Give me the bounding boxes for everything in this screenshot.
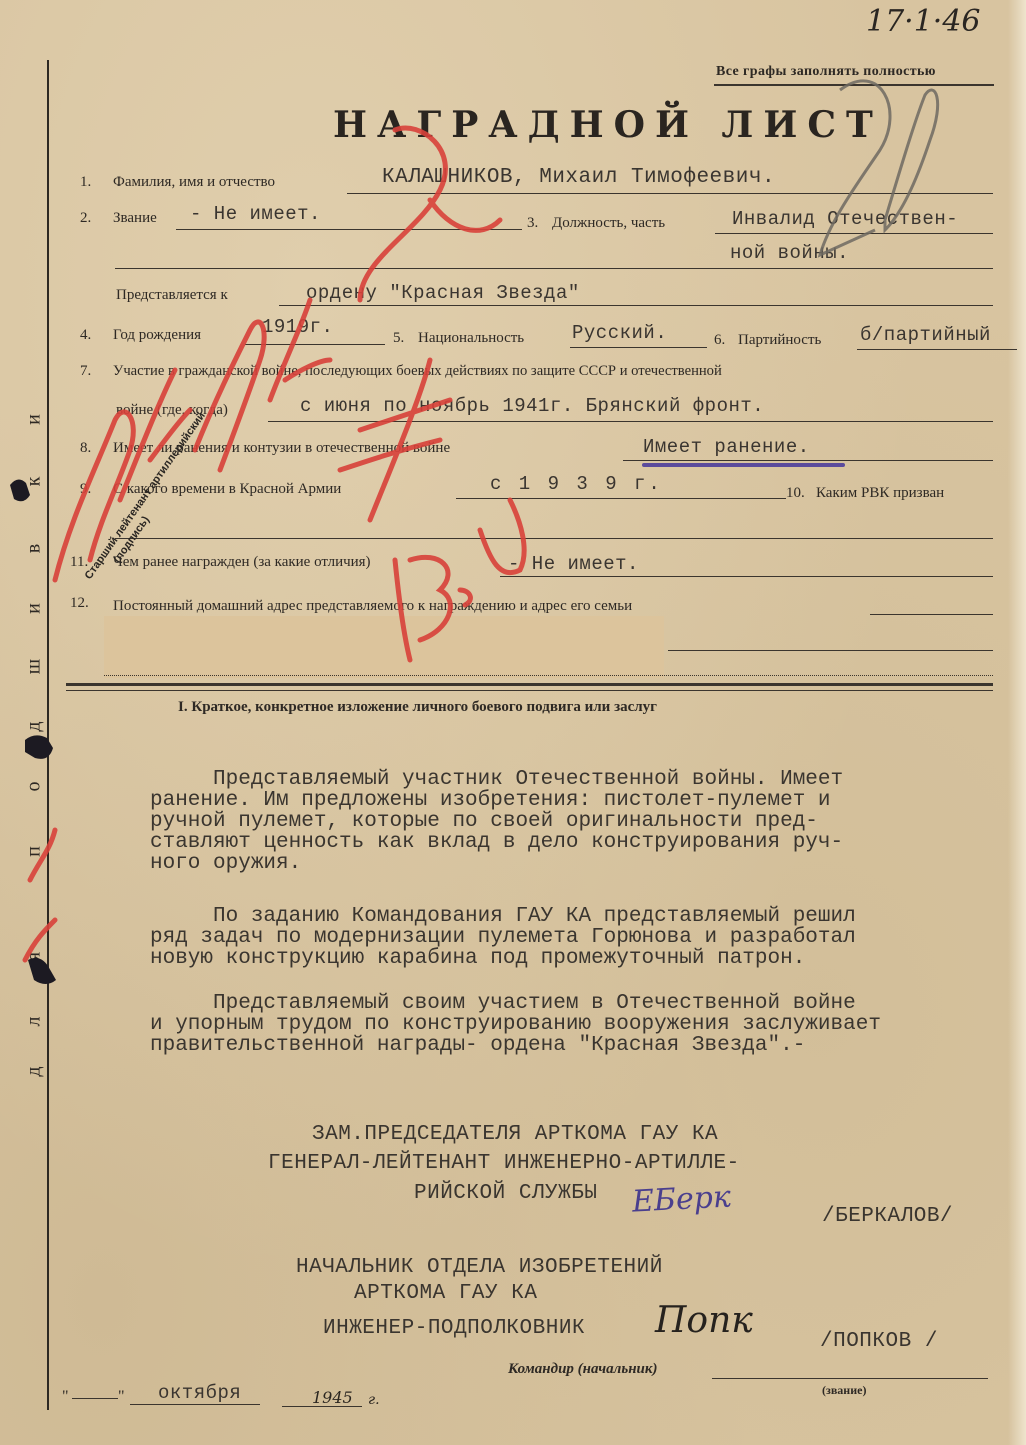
field-line bbox=[115, 268, 993, 269]
field-value-previous-awards: - Не имеет. bbox=[508, 553, 639, 575]
field-line bbox=[456, 498, 786, 499]
signatory-1-name: /БЕРКАЛОВ/ bbox=[822, 1205, 953, 1228]
field-number: 4. bbox=[80, 327, 91, 344]
field-line bbox=[279, 305, 993, 306]
field-value-nationality: Русский. bbox=[572, 322, 667, 344]
field-number: 12. bbox=[70, 595, 89, 612]
signatory-1-title-line2: ГЕНЕРАЛ-ЛЕЙТЕНАНТ ИНЖЕНЕРНО-АРТИЛЛЕ- bbox=[268, 1152, 740, 1175]
section-divider bbox=[66, 683, 993, 686]
field-number: 10. bbox=[786, 485, 805, 502]
field-label-nationality: Национальность bbox=[418, 330, 524, 347]
field-label-party: Партийность bbox=[738, 332, 821, 349]
field-line bbox=[668, 650, 993, 651]
violet-underline-mark bbox=[642, 463, 845, 467]
field-label-full-name: Фамилия, имя и отчество bbox=[113, 174, 275, 191]
field-label-war-participation-2: войне (где, когда) bbox=[116, 402, 228, 419]
signatory-1-title-line3: РИЙСКОЙ СЛУЖБЫ bbox=[414, 1182, 597, 1205]
field-line bbox=[570, 347, 707, 348]
signatory-1-title-line1: ЗАМ.ПРЕДСЕДАТЕЛЯ АРТКОМА ГАУ КА bbox=[312, 1123, 718, 1146]
field-value-army-since: с 1 9 3 9 г. bbox=[490, 473, 663, 495]
section-heading: I. Краткое, конкретное изложение личного… bbox=[178, 699, 657, 716]
field-line bbox=[870, 614, 993, 615]
signature-berkalov: ЕБерк bbox=[631, 1179, 732, 1219]
field-line bbox=[176, 229, 522, 230]
redacted-address-block bbox=[104, 616, 664, 678]
field-value-war-participation: с июня по ноябрь 1941г. Брянский фронт. bbox=[300, 395, 764, 417]
field-label-army-since: С какого времени в Красной Армии bbox=[113, 481, 341, 498]
signatory-2-title-line2: АРТКОМА ГАУ КА bbox=[354, 1282, 537, 1305]
signatory-2-name: /ПОПКОВ / bbox=[820, 1330, 938, 1353]
field-number: 11. bbox=[70, 554, 88, 571]
field-label-conscription-office: Каким РВК призван bbox=[816, 485, 944, 502]
field-line bbox=[245, 344, 385, 345]
field-line bbox=[115, 538, 993, 539]
paper-edge bbox=[1008, 0, 1026, 1445]
instruction-text: Все графы заполнять полностью bbox=[716, 64, 936, 80]
merit-paragraph-3: Представляемый своим участием в Отечеств… bbox=[150, 993, 881, 1056]
field-line bbox=[623, 460, 993, 461]
field-label-birth-year: Год рождения bbox=[113, 327, 201, 344]
punch-holes bbox=[0, 0, 80, 1445]
field-number: 6. bbox=[714, 332, 725, 349]
merit-paragraph-1: Представляемый участник Отечественной во… bbox=[150, 769, 843, 874]
field-value-rank: - Не имеет. bbox=[190, 203, 321, 225]
merit-paragraph-2: По заданию Командования ГАУ КА представл… bbox=[150, 906, 856, 969]
field-label-previous-awards: Чем ранее награжден (за какие отличия) bbox=[113, 554, 371, 571]
field-label-presented: Представляется к bbox=[116, 287, 228, 304]
field-value-wounds: Имеет ранение. bbox=[643, 436, 810, 458]
field-number: 1. bbox=[80, 174, 91, 191]
date-year: 1945 bbox=[312, 1388, 353, 1407]
field-value-party: б/партийный bbox=[860, 324, 991, 346]
date-quote-close: " bbox=[118, 1388, 125, 1406]
field-label-wounds: Имеет ли ранения и контузии в отечествен… bbox=[113, 440, 450, 457]
commander-label: Командир (начальник) bbox=[508, 1361, 658, 1378]
field-value-birth-year: 1919г. bbox=[262, 316, 333, 338]
field-line bbox=[104, 675, 993, 676]
field-value-position-line1: Инвалид Отечествен- bbox=[732, 208, 958, 230]
field-label-home-address: Постоянный домашний адрес представляемог… bbox=[113, 598, 632, 615]
field-number: 5. bbox=[393, 330, 404, 347]
field-number: 3. bbox=[527, 215, 538, 232]
field-line bbox=[715, 233, 993, 234]
commander-line bbox=[712, 1378, 988, 1379]
field-line bbox=[500, 576, 993, 577]
field-label-war-participation: Участие в гражданской войне, последующих… bbox=[113, 363, 722, 380]
field-label-rank: Звание bbox=[113, 210, 157, 227]
signature-popkov: Попк bbox=[655, 1300, 753, 1341]
field-line bbox=[347, 193, 993, 194]
date-month: октября bbox=[158, 1382, 241, 1404]
section-divider bbox=[66, 690, 993, 691]
signatory-2-title-line3: ИНЖЕНЕР-ПОДПОЛКОВНИК bbox=[323, 1317, 585, 1340]
field-label-position: Должность, часть bbox=[552, 215, 665, 232]
handwritten-date: 17·1·46 bbox=[866, 4, 981, 39]
field-number: 2. bbox=[80, 210, 91, 227]
field-line bbox=[857, 349, 1017, 350]
field-number: 7. bbox=[80, 363, 91, 380]
date-quote-open: " bbox=[62, 1388, 69, 1406]
field-number: 8. bbox=[80, 440, 91, 457]
page-title: НАГРАДНОЙ ЛИСТ bbox=[333, 104, 883, 146]
instruction-underline bbox=[714, 84, 994, 86]
field-value-full-name: КАЛАШНИКОВ, Михаил Тимофеевич. bbox=[382, 166, 775, 189]
field-number: 9. bbox=[80, 481, 91, 498]
date-day-line bbox=[72, 1398, 118, 1399]
date-month-line bbox=[130, 1404, 260, 1405]
field-line bbox=[268, 421, 993, 422]
date-year-suffix: г. bbox=[368, 1392, 380, 1408]
field-value-position-line2: ной войны. bbox=[730, 242, 849, 264]
signatory-2-title-line1: НАЧАЛЬНИК ОТДЕЛА ИЗОБРЕТЕНИЙ bbox=[296, 1256, 663, 1279]
field-value-presented: ордену "Красная Звезда" bbox=[306, 282, 580, 304]
rank-caption: (звание) bbox=[822, 1383, 866, 1398]
